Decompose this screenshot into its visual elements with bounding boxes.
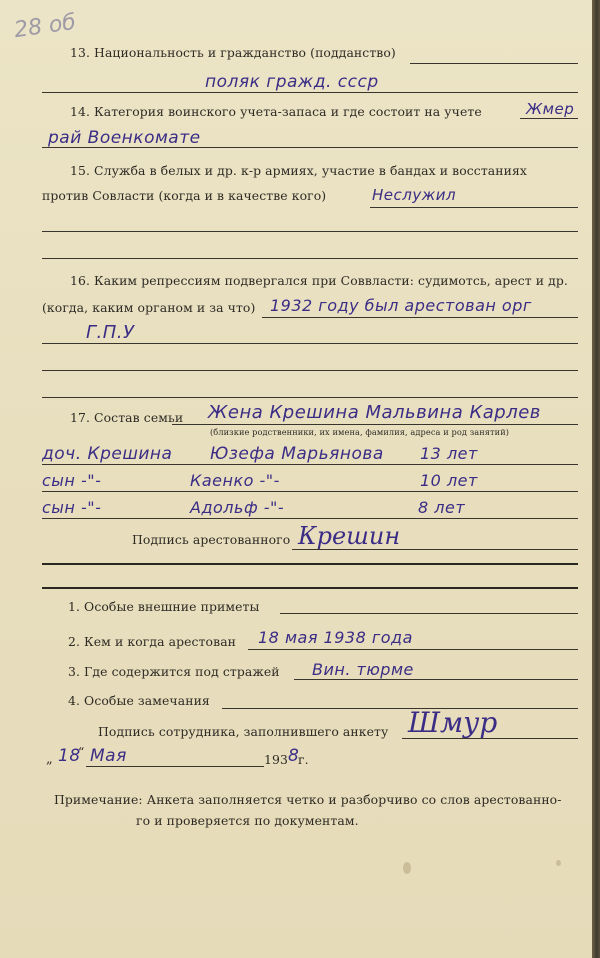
officer-signature-label: Подпись сотрудника, заполнившего анкету <box>98 724 388 739</box>
note-line-1: Примечание: Анкета заполняется четко и р… <box>54 792 562 807</box>
item-16-line <box>262 317 578 318</box>
section-divider-1 <box>42 563 578 565</box>
item-14-answer-line2: рай Военкомате <box>48 128 201 148</box>
item-16-answer-line2: Г.П.У <box>86 322 134 343</box>
item-17-label: 17. Состав семьи <box>70 410 183 425</box>
date-year-suffix: г. <box>298 752 309 767</box>
archive-page-number: 28 об <box>13 10 78 43</box>
item-14-label: 14. Категория воинского учета-запаса и г… <box>70 104 482 119</box>
item-13-answer-line <box>42 92 578 93</box>
special-remarks-line <box>222 708 578 709</box>
special-features-line <box>280 613 578 614</box>
item-16-answer-line <box>42 343 578 344</box>
arrested-by-line <box>248 649 578 650</box>
item-13-label: 13. Национальность и гражданство (поддан… <box>70 45 396 60</box>
family-line-1 <box>42 464 578 465</box>
item-15-label-line2: против Совласти (когда и в качестве кого… <box>42 188 326 203</box>
family-row-3-relation: сын -"- <box>42 498 101 517</box>
item-17-answer-line1: Жена Крешина Мальвина Карлев <box>208 402 541 423</box>
item-17-hint: (близкие родственники, их имена, фамилия… <box>210 427 509 437</box>
arrested-signature: Крешин <box>298 522 400 550</box>
family-row-2-name: Каенко -"- <box>190 471 280 490</box>
family-line-3 <box>42 518 578 519</box>
item-16-answer-line1: 1932 году был арестован орг <box>270 296 532 315</box>
item-15-label-line1: 15. Служба в белых и др. к-р армиях, уча… <box>70 163 527 178</box>
custody-location-answer: Вин. тюрме <box>312 660 414 679</box>
item-15-blank-line-1 <box>42 231 578 232</box>
note-line-2: го и проверяется по документам. <box>136 813 359 828</box>
item-13-answer: поляк гражд. ссср <box>205 72 379 92</box>
family-line-2 <box>42 491 578 492</box>
date-month-line <box>86 766 264 767</box>
arrested-by-answer: 18 мая 1938 года <box>258 628 413 647</box>
officer-signature-line <box>402 738 578 739</box>
arrested-signature-line <box>292 549 578 550</box>
paper-stain <box>556 860 561 866</box>
date-year-prefix: 193 <box>264 752 288 767</box>
arrested-by-label: 2. Кем и когда арестован <box>68 634 236 649</box>
special-features-label: 1. Особые внешние приметы <box>68 599 259 614</box>
item-14-line <box>520 118 578 119</box>
family-row-3-name: Адольф -"- <box>190 498 284 517</box>
officer-signature: Шмур <box>408 706 497 739</box>
item-15-blank-line-2 <box>42 258 578 259</box>
special-remarks-label: 4. Особые замечания <box>68 693 210 708</box>
custody-location-line <box>294 679 578 680</box>
item-17-line <box>172 424 578 425</box>
paper-stain <box>403 862 411 874</box>
family-row-2-age: 10 лет <box>420 471 478 490</box>
item-16-label-line2: (когда, каким органом и за что) <box>42 300 255 315</box>
family-row-2-relation: сын -"- <box>42 471 101 490</box>
date-quote-close: “ <box>78 744 84 759</box>
item-13-line <box>410 63 578 64</box>
family-row-3-age: 8 лет <box>418 498 465 517</box>
item-14-answer-line1: Жмер <box>526 100 574 118</box>
item-16-blank-line-2 <box>42 397 578 398</box>
family-row-1-age: 13 лет <box>420 444 478 463</box>
item-15-line <box>370 207 578 208</box>
item-15-answer: Неслужил <box>372 186 456 204</box>
family-row-1-relation: доч. Крешина <box>42 444 172 464</box>
document-page: 28 об 13. Национальность и гражданство (… <box>0 0 592 958</box>
section-divider-2 <box>42 587 578 589</box>
item-16-label-line1: 16. Каким репрессиям подвергался при Сов… <box>70 273 568 288</box>
item-14-answer-line <box>42 147 578 148</box>
binding-edge <box>592 0 600 958</box>
arrested-signature-label: Подпись арестованного <box>132 532 290 547</box>
family-row-1-name: Юзефа Марьянова <box>210 444 384 464</box>
date-quote-open: „ <box>46 752 53 767</box>
custody-location-label: 3. Где содержится под стражей <box>68 664 280 679</box>
item-16-blank-line <box>42 370 578 371</box>
date-month: Мая <box>90 746 127 766</box>
